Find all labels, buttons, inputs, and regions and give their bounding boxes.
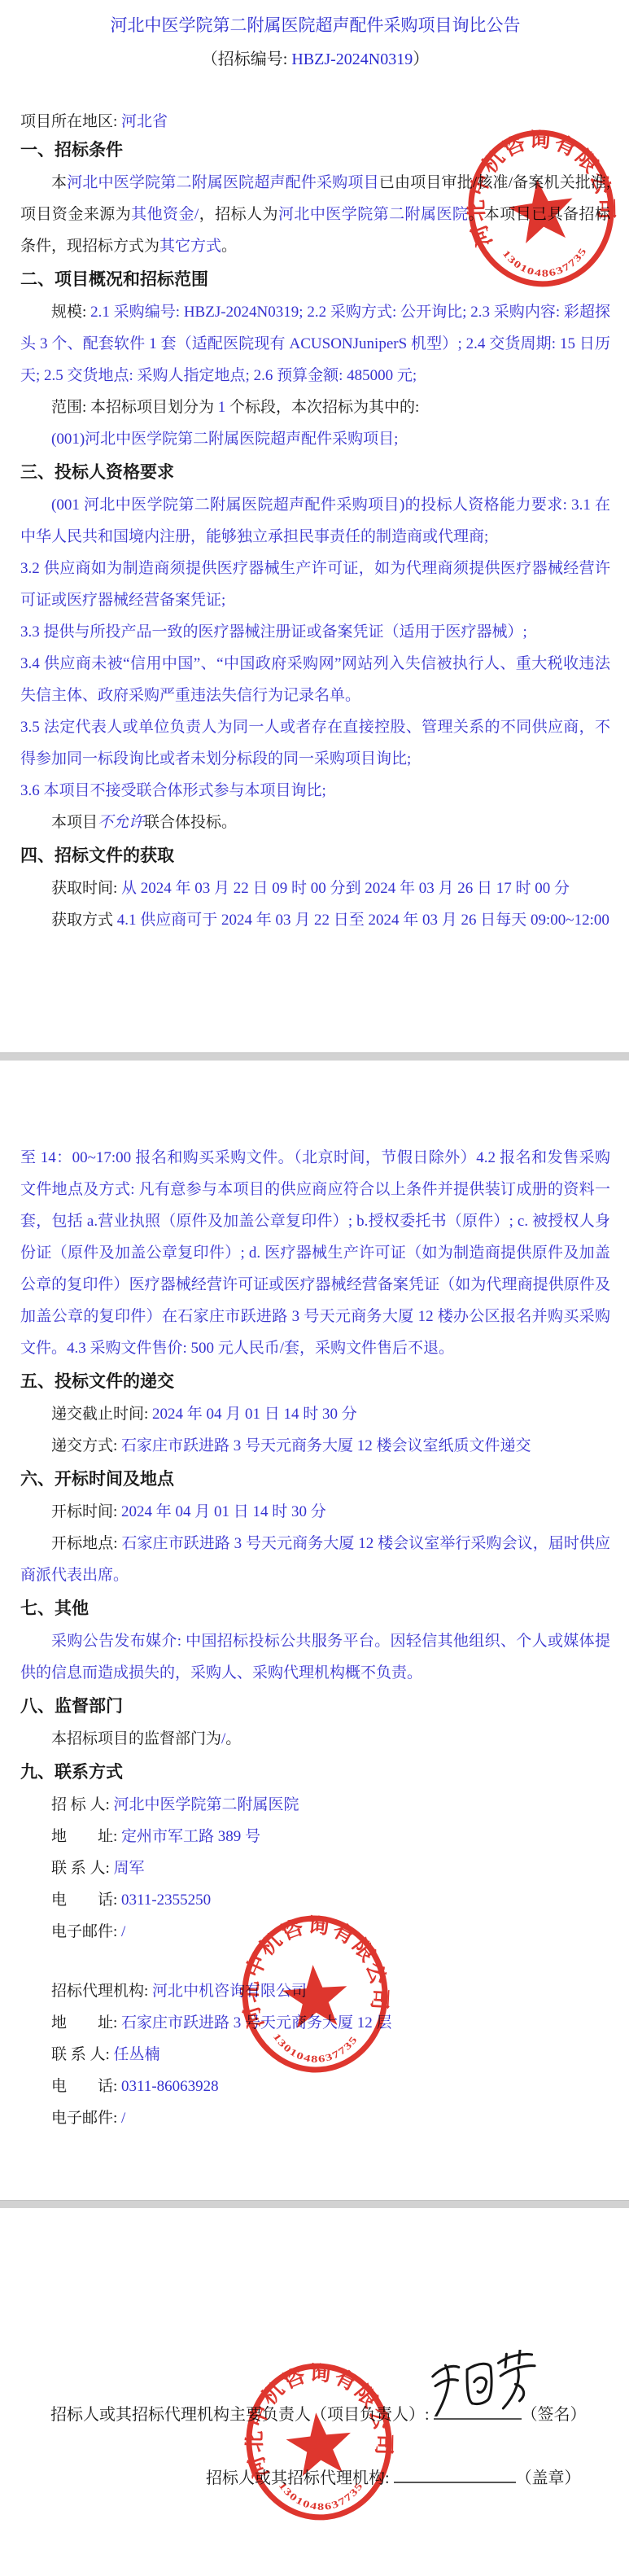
text-run: 递交方式: bbox=[51, 1437, 121, 1454]
paragraph: 地 址: 石家庄市跃进路 3 号天元商务大厦 12 层 bbox=[20, 2007, 610, 2039]
text-run: 电子邮件: bbox=[51, 2110, 121, 2127]
paragraph: 本项目不允许联合体投标。 bbox=[20, 807, 610, 838]
text-run: 河北中机咨询有限公司 bbox=[152, 1983, 307, 2000]
paragraph: 开标时间: 2024 年 04 月 01 日 14 时 30 分 bbox=[20, 1496, 610, 1528]
signature-line: 招标人或其招标代理机构主要负责人（项目负责人）: （签名） bbox=[20, 2402, 610, 2427]
text-run: 本项目 bbox=[51, 814, 98, 831]
section-heading: 七、其他 bbox=[20, 1593, 610, 1625]
text-run: 个标段，本次招标为其中的: bbox=[225, 399, 419, 416]
text-run: 电 话: bbox=[51, 1892, 121, 1909]
text-run: 2.1 采购编号: HBZJ-2024N0319; 2.2 采购方式: 公开询比… bbox=[20, 304, 610, 384]
paragraph: 招标代理机构: 河北中机咨询有限公司 bbox=[20, 1975, 610, 2007]
paragraph: 3.6 本项目不接受联合体形式参与本项目询比; bbox=[20, 775, 610, 807]
text-run: 不允许 bbox=[98, 814, 144, 831]
text-run: 3.3 提供与所投产品一致的医疗器械注册证或备案凭证（适用于医疗器械）; bbox=[20, 623, 527, 641]
text-run: 本 bbox=[51, 174, 67, 191]
page-separator-1 bbox=[0, 1052, 629, 1061]
paragraph: 获取时间: 从 2024 年 03 月 22 日 09 时 00 分到 2024… bbox=[20, 873, 610, 904]
signature-slot bbox=[434, 2402, 522, 2420]
text-run: 从 2024 年 03 月 22 日 09 时 00 分到 2024 年 03 … bbox=[121, 880, 570, 897]
text-run: 至 14：00~17:00 报名和购买采购文件。（北京时间，节假日除外）4.2 … bbox=[20, 1149, 610, 1357]
tender-number-code: HBZJ-2024N0319 bbox=[291, 50, 413, 68]
paragraph: 本河北中医学院第二附属医院超声配件采购项目已由项目审批/核准/备案机关批准, 项… bbox=[20, 167, 610, 262]
text-run: 任丛楠 bbox=[114, 2046, 160, 2063]
paragraph: 电子邮件: / bbox=[20, 1916, 610, 1948]
paragraph: 获取方式 4.1 供应商可于 2024 年 03 月 22 日至 2024 年 … bbox=[20, 904, 610, 936]
text-run: 一、招标条件 bbox=[20, 141, 123, 160]
text-run: 开标时间: bbox=[51, 1503, 121, 1520]
text-run: 五、投标文件的递交 bbox=[20, 1372, 174, 1391]
paragraph: 3.4 供应商未被“信用中国”、“中国政府采购网”网站列入失信被执行人、重大税收… bbox=[20, 648, 610, 711]
text-run: 2024 年 04 月 01 日 14 时 30 分 bbox=[152, 1406, 357, 1423]
text-run: 4.1 供应商可于 2024 年 03 月 22 日至 2024 年 03 月 … bbox=[117, 912, 609, 929]
text-run: 河北中医学院第二附属医院 bbox=[278, 206, 468, 223]
page1-body: 一、招标条件本河北中医学院第二附属医院超声配件采购项目已由项目审批/核准/备案机… bbox=[20, 134, 610, 936]
seal-line-label: 招标人或其招标代理机构: bbox=[206, 2469, 394, 2487]
text-run: 四、招标文件的获取 bbox=[20, 846, 174, 865]
section-heading: 八、监督部门 bbox=[20, 1690, 610, 1723]
text-run: 八、监督部门 bbox=[20, 1697, 123, 1716]
paragraph: (001 河北中医学院第二附属医院超声配件采购项目)的投标人资格能力要求: 3.… bbox=[20, 489, 610, 553]
project-region-line: 项目所在地区: 河北省 bbox=[20, 111, 610, 133]
paragraph: 范围: 本招标项目划分为 1 个标段，本次招标为其中的: bbox=[20, 391, 610, 423]
paragraph: 3.3 提供与所投产品一致的医疗器械注册证或备案凭证（适用于医疗器械）; bbox=[20, 616, 610, 648]
paragraph: 地 址: 定州市军工路 389 号 bbox=[20, 1821, 610, 1852]
paragraph: 递交截止时间: 2024 年 04 月 01 日 14 时 30 分 bbox=[20, 1398, 610, 1430]
text-run: 其它方式 bbox=[159, 238, 221, 255]
section-heading: 三、投标人资格要求 bbox=[20, 457, 610, 489]
text-run: 招 标 人: bbox=[51, 1796, 114, 1813]
procurement-announcement-document: 河北中医学院第二附属医院超声配件采购项目询比公告 （招标编号: HBZJ-202… bbox=[0, 0, 629, 2576]
paragraph: 电 话: 0311-2355250 bbox=[20, 1884, 610, 1916]
text-run: 三、投标人资格要求 bbox=[20, 463, 174, 482]
text-run: 定州市军工路 389 号 bbox=[121, 1828, 260, 1845]
text-run: 地 址: bbox=[51, 2014, 121, 2031]
text-run: 3.5 法定代表人或单位负责人为同一人或者存在直接控股、管理关系的不同供应商，不… bbox=[20, 719, 610, 768]
paragraph: 联 系 人: 周军 bbox=[20, 1852, 610, 1884]
text-run: 联 系 人: bbox=[51, 1860, 114, 1877]
text-run: 开标地点: bbox=[51, 1535, 121, 1552]
text-run: 2024 年 04 月 01 日 14 时 30 分 bbox=[121, 1503, 326, 1520]
text-run: ，招标人为 bbox=[199, 206, 278, 223]
paragraph: 3.5 法定代表人或单位负责人为同一人或者存在直接控股、管理关系的不同供应商，不… bbox=[20, 711, 610, 775]
paragraph: 递交方式: 石家庄市跃进路 3 号天元商务大厦 12 楼会议室纸质文件递交 bbox=[20, 1430, 610, 1462]
page-title: 河北中医学院第二附属医院超声配件采购项目询比公告 bbox=[20, 13, 610, 37]
text-run: 0311-86063928 bbox=[121, 2078, 219, 2095]
text-run: 递交截止时间: bbox=[51, 1406, 152, 1423]
company-seal-line: 招标人或其招标代理机构: （盖章） bbox=[20, 2465, 610, 2491]
page-3: 招标人或其招标代理机构主要负责人（项目负责人）: （签名） 招标人或其招标代理机… bbox=[0, 2208, 629, 2576]
page-separator-2 bbox=[0, 2200, 629, 2208]
paragraph: 联 系 人: 任丛楠 bbox=[20, 2039, 610, 2071]
text-run: 获取方式 bbox=[51, 912, 117, 929]
paragraph: 电 话: 0311-86063928 bbox=[20, 2071, 610, 2102]
text-run: 联 系 人: bbox=[51, 2046, 114, 2063]
text-run: 招标代理机构: bbox=[51, 1983, 152, 2000]
spacer bbox=[20, 1948, 610, 1975]
text-run: / bbox=[121, 1923, 125, 1940]
text-run: (001 河北中医学院第二附属医院超声配件采购项目)的投标人资格能力要求: 3.… bbox=[20, 496, 610, 545]
paragraph: 招 标 人: 河北中医学院第二附属医院 bbox=[20, 1789, 610, 1821]
text-run: (001)河北中医学院第二附属医院超声配件采购项目; bbox=[51, 431, 398, 448]
text-run: 。 bbox=[225, 1730, 241, 1747]
section-heading: 六、开标时间及地点 bbox=[20, 1463, 610, 1496]
section-heading: 二、项目概况和招标范围 bbox=[20, 264, 610, 296]
text-run: 3.6 本项目不接受联合体形式参与本项目询比; bbox=[20, 782, 326, 799]
region-label: 项目所在地区: bbox=[20, 113, 121, 130]
text-run: 石家庄市跃进路 3 号天元商务大厦 12 楼会议室纸质文件递交 bbox=[121, 1437, 531, 1454]
text-run: 范围: 本招标项目划分为 bbox=[51, 399, 218, 416]
tender-number-line: （招标编号: HBZJ-2024N0319） bbox=[20, 47, 610, 72]
text-run: 3.2 供应商如为制造商须提供医疗器械生产许可证，如为代理商须提供医疗器械经营许… bbox=[20, 560, 610, 609]
text-run: / bbox=[121, 2110, 125, 2127]
page2-body: 至 14：00~17:00 报名和购买采购文件。（北京时间，节假日除外）4.2 … bbox=[20, 1142, 610, 2134]
text-run: 九、联系方式 bbox=[20, 1763, 123, 1782]
text-run: 规模: bbox=[51, 304, 90, 321]
text-run: 河北中医学院第二附属医院 bbox=[114, 1796, 299, 1813]
tender-number-prefix: （招标编号: bbox=[202, 50, 292, 68]
paragraph: 开标地点: 石家庄市跃进路 3 号天元商务大厦 12 楼会议室举行采购会议，届时… bbox=[20, 1528, 610, 1591]
section-heading: 九、联系方式 bbox=[20, 1756, 610, 1789]
handwritten-signature bbox=[426, 2350, 548, 2416]
text-run: 二、项目概况和招标范围 bbox=[20, 270, 208, 289]
paragraph: 本招标项目的监督部门为/。 bbox=[20, 1723, 610, 1755]
text-run: 联合体投标。 bbox=[144, 814, 237, 831]
text-run: 周军 bbox=[114, 1860, 145, 1877]
text-run: 获取时间: bbox=[51, 880, 121, 897]
seal-blank-slot bbox=[394, 2465, 516, 2483]
text-run: 。 bbox=[221, 238, 237, 255]
text-run: 采购公告发布媒介: 中国招标投标公共服务平台。因轻信其他组织、个人或媒体提供的信… bbox=[20, 1633, 610, 1682]
paragraph: 3.2 供应商如为制造商须提供医疗器械生产许可证，如为代理商须提供医疗器械经营许… bbox=[20, 553, 610, 616]
section-heading: 四、招标文件的获取 bbox=[20, 840, 610, 873]
page-1: 河北中医学院第二附属医院超声配件采购项目询比公告 （招标编号: HBZJ-202… bbox=[0, 0, 629, 1052]
text-run: 六、开标时间及地点 bbox=[20, 1470, 174, 1489]
text-run: 河北中医学院第二附属医院超声配件采购项目 bbox=[67, 174, 379, 191]
text-run: 0311-2355250 bbox=[121, 1892, 211, 1909]
paragraph: 电子邮件: / bbox=[20, 2102, 610, 2134]
paragraph: (001)河北中医学院第二附属医院超声配件采购项目; bbox=[20, 423, 610, 455]
text-run: 其他资金/ bbox=[131, 206, 199, 223]
paragraph: 至 14：00~17:00 报名和购买采购文件。（北京时间，节假日除外）4.2 … bbox=[20, 1142, 610, 1364]
text-run: 地 址: bbox=[51, 1828, 121, 1845]
text-run: 3.4 供应商未被“信用中国”、“中国政府采购网”网站列入失信被执行人、重大税收… bbox=[20, 655, 610, 704]
section-heading: 五、投标文件的递交 bbox=[20, 1366, 610, 1398]
paragraph: 规模: 2.1 采购编号: HBZJ-2024N0319; 2.2 采购方式: … bbox=[20, 296, 610, 391]
seal-suffix-label: （盖章） bbox=[516, 2469, 581, 2487]
text-run: 电子邮件: bbox=[51, 1923, 121, 1940]
text-run: 电 话: bbox=[51, 2078, 121, 2095]
signature-line-label: 招标人或其招标代理机构主要负责人（项目负责人）: bbox=[50, 2406, 434, 2424]
section-heading: 一、招标条件 bbox=[20, 134, 610, 167]
text-run: 1 bbox=[218, 399, 226, 416]
tender-number-suffix: ） bbox=[413, 50, 429, 68]
text-run: 七、其他 bbox=[20, 1599, 89, 1618]
region-value: 河北省 bbox=[121, 113, 168, 130]
page-2: 至 14：00~17:00 报名和购买采购文件。（北京时间，节假日除外）4.2 … bbox=[0, 1061, 629, 2200]
text-run: 石家庄市跃进路 3 号天元商务大厦 12 层 bbox=[121, 2014, 392, 2031]
text-run: 本招标项目的监督部门为 bbox=[51, 1730, 221, 1747]
paragraph: 采购公告发布媒介: 中国招标投标公共服务平台。因轻信其他组织、个人或媒体提供的信… bbox=[20, 1625, 610, 1689]
